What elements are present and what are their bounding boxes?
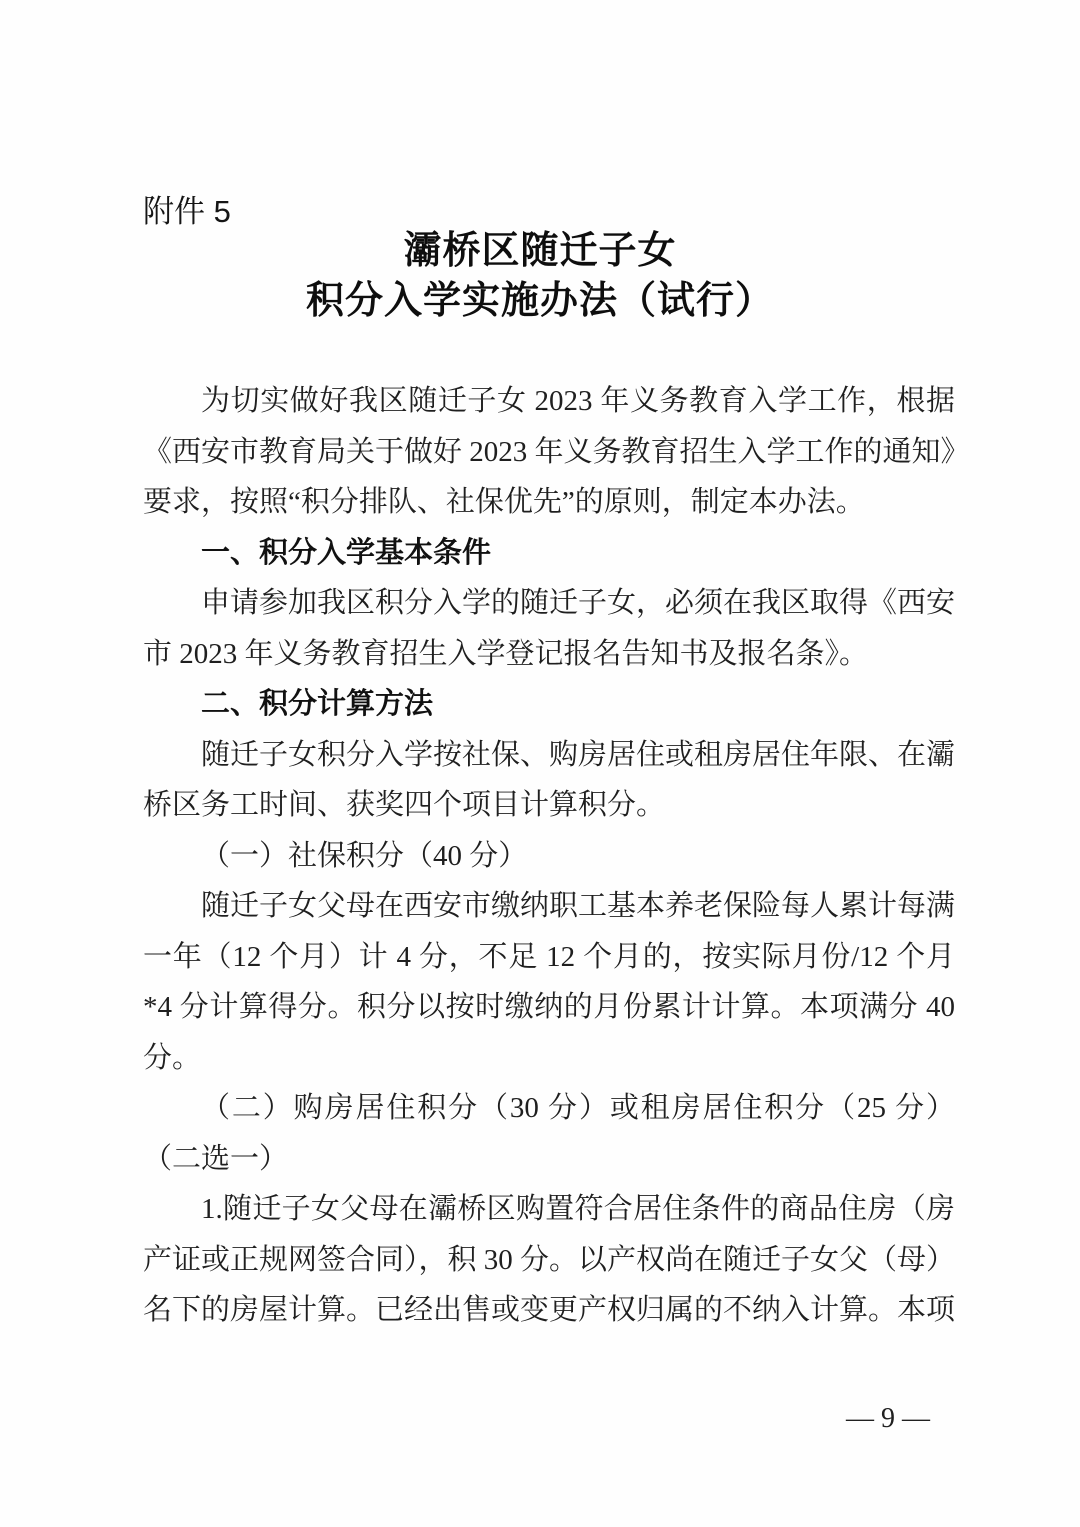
paragraph-calc-method: 随迁子女积分入学按社保、购房居住或租房居住年限、在灞桥区务工时间、获奖四个项目计…	[143, 730, 955, 831]
document-title-line2: 积分入学实施办法（试行）	[0, 276, 1080, 326]
paragraph-basic-condition: 申请参加我区积分入学的随迁子女，必须在我区取得《西安市 2023 年义务教育招生…	[143, 578, 955, 679]
subsection-housing: （二）购房居住积分（30 分）或租房居住积分（25 分） （二选一）	[143, 1083, 955, 1184]
paragraph-social-insurance-detail: 随迁子女父母在西安市缴纳职工基本养老保险每人累计每满一年（12 个月）计 4 分…	[143, 881, 955, 1083]
document-page: 附件 5 灞桥区随迁子女 积分入学实施办法（试行） 为切实做好我区随迁子女 20…	[0, 0, 1080, 1527]
document-title: 灞桥区随迁子女 积分入学实施办法（试行）	[0, 226, 1080, 326]
subsection-social-insurance: （一）社保积分（40 分）	[143, 831, 955, 882]
document-title-line1: 灞桥区随迁子女	[0, 226, 1080, 276]
paragraph-intro: 为切实做好我区随迁子女 2023 年义务教育入学工作，根据《西安市教育局关于做好…	[143, 376, 955, 528]
attachment-label: 附件 5	[143, 186, 231, 231]
document-body: 为切实做好我区随迁子女 2023 年义务教育入学工作，根据《西安市教育局关于做好…	[143, 376, 955, 1336]
paragraph-housing-detail: 1.随迁子女父母在灞桥区购置符合居住条件的商品住房（房产证或正规网签合同），积 …	[143, 1184, 955, 1336]
section-heading-1: 一、积分入学基本条件	[143, 528, 955, 579]
page-number: — 9 —	[846, 1404, 930, 1434]
section-heading-2: 二、积分计算方法	[143, 679, 955, 730]
